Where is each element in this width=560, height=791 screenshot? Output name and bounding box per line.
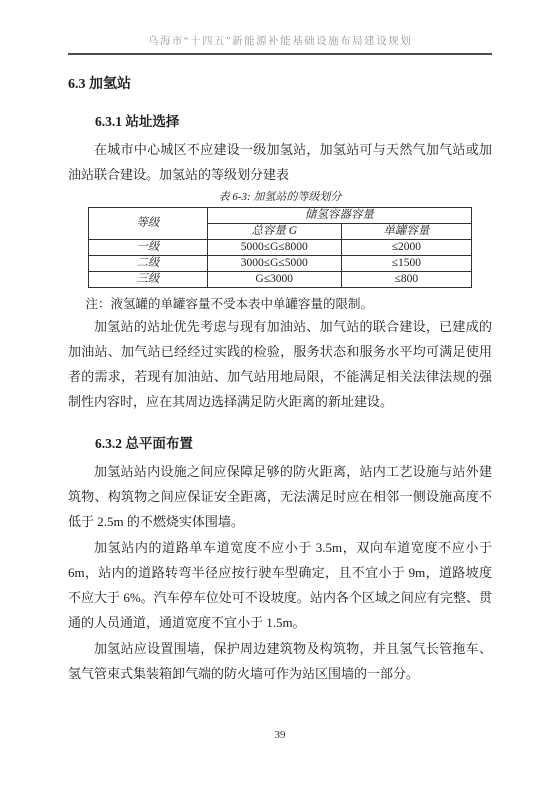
table-row: 一级 5000≤G≤8000 ≤2000 <box>89 240 472 256</box>
table-caption: 表 6-3: 加氢站的等级划分 <box>68 190 492 204</box>
paragraph-site-selection-intro: 在城市中心城区不应建设一级加氢站，加氢站可与天然气加气站或加油站联合建设。加氢站… <box>68 137 492 187</box>
table-cell-total: 5000≤G≤8000 <box>207 240 341 256</box>
table-cell-level: 二级 <box>89 256 208 272</box>
page-header: 乌海市“十四五”新能源补能基础设施布局建设规划 <box>68 0 492 55</box>
table-header-total-capacity: 总容量 G <box>207 224 341 240</box>
table-header-level: 等级 <box>89 208 208 240</box>
paragraph-layout-roads: 加氢站内的道路单车道宽度不应小于 3.5m，双向车道宽度不应小于 6m，站内的道… <box>68 535 492 635</box>
grade-classification-table: 等级 储氢容器容量 总容量 G 单罐容量 一级 5000≤G≤8000 ≤200… <box>88 207 472 288</box>
section-title-6-3-2: 6.3.2 总平面布置 <box>95 437 492 451</box>
table-cell-single: ≤2000 <box>341 240 471 256</box>
table-cell-total: G≤3000 <box>207 272 341 288</box>
table-header-row-1: 等级 储氢容器容量 <box>89 208 472 224</box>
table-cell-single: ≤1500 <box>341 256 471 272</box>
table-row: 三级 G≤3000 ≤800 <box>89 272 472 288</box>
section-title-6-3: 6.3 加氢站 <box>68 77 492 92</box>
table-note: 注：液氢罐的单罐容量不受本表中单罐容量的限制。 <box>68 295 492 313</box>
table-cell-total: 3000≤G≤5000 <box>207 256 341 272</box>
table-header-storage-capacity: 储氢容器容量 <box>207 208 471 224</box>
table-header-single-tank-capacity: 单罐容量 <box>341 224 471 240</box>
page-content: 6.3 加氢站 6.3.1 站址选择 在城市中心城区不应建设一级加氢站，加氢站可… <box>68 77 492 686</box>
paragraph-layout-fire-distance: 加氢站站内设施之间应保障足够的防火距离，站内工艺设施与站外建筑物、构筑物之间应保… <box>68 459 492 534</box>
section-title-6-3-1: 6.3.1 站址选择 <box>95 115 492 129</box>
paragraph-site-selection-detail: 加氢站的站址优先考虑与现有加油站、加气站的联合建设，已建成的加油站、加气站已经经… <box>68 314 492 414</box>
document-page: 乌海市“十四五”新能源补能基础设施布局建设规划 6.3 加氢站 6.3.1 站址… <box>0 0 560 791</box>
table-cell-single: ≤800 <box>341 272 471 288</box>
paragraph-layout-walls: 加氢站应设置围墙，保护周边建筑物及构筑物，并且氢气长管拖车、氢气管束式集装箱卸气… <box>68 636 492 686</box>
page-number: 39 <box>0 729 560 741</box>
table-cell-level: 三级 <box>89 272 208 288</box>
table-cell-level: 一级 <box>89 240 208 256</box>
table-row: 二级 3000≤G≤5000 ≤1500 <box>89 256 472 272</box>
running-header-title: 乌海市“十四五”新能源补能基础设施布局建设规划 <box>68 35 492 49</box>
